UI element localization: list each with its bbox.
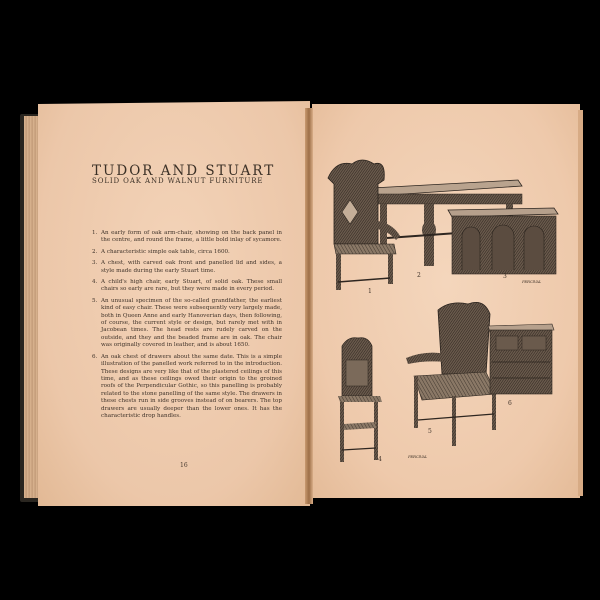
armchair-engraving (328, 160, 400, 290)
entry-text: A chest, with carved oak front and panel… (101, 260, 282, 275)
illustrator-signature: PERCIVAL (408, 454, 427, 459)
caption-entry: 4. A child's high chair, early Stuart, o… (92, 279, 282, 294)
entry-text: A characteristic simple oak table, circa… (101, 249, 282, 256)
figure-label-6: 6 (508, 400, 512, 407)
page-number: 16 (180, 462, 188, 469)
page-stack (24, 116, 40, 498)
caption-entry: 1. An early form of oak arm-chair, showi… (92, 230, 282, 245)
caption-entry: 3. A chest, with carved oak front and pa… (92, 260, 282, 275)
figure-label-2: 2 (417, 272, 421, 279)
entry-text: An early form of oak arm-chair, showing … (101, 230, 282, 245)
open-book: TUDOR AND STUART SOLID OAK AND WALNUT FU… (0, 0, 600, 600)
wing-chair-engraving (406, 302, 496, 446)
caption-entry: 6. An oak chest of drawers about the sam… (92, 354, 282, 421)
entry-number: 5. (92, 298, 101, 350)
entry-number: 4. (92, 279, 101, 294)
caption-entry: 5. An unusual specimen of the so-called … (92, 298, 282, 350)
figure-label-5: 5 (428, 428, 432, 435)
chest-engraving (448, 208, 558, 274)
caption-entry: 2. A characteristic simple oak table, ci… (92, 249, 282, 256)
figure-label-1: 1 (368, 288, 372, 295)
entry-number: 2. (92, 249, 101, 256)
entry-text: An unusual specimen of the so-called gra… (101, 298, 282, 350)
furniture-engravings (310, 150, 580, 470)
illustrator-signature: PERCIVAL (522, 279, 541, 284)
chest-of-drawers-engraving (488, 324, 554, 394)
entry-text: A child's high chair, early Stuart, of s… (101, 279, 282, 294)
entry-number: 1. (92, 230, 101, 245)
caption-list: 1. An early form of oak arm-chair, showi… (92, 230, 282, 424)
figure-label-3: 3 (503, 273, 507, 280)
high-chair-engraving (338, 338, 382, 462)
entry-number: 6. (92, 354, 101, 421)
figure-label-4: 4 (378, 456, 382, 463)
entry-number: 3. (92, 260, 101, 275)
chapter-subtitle: SOLID OAK AND WALNUT FURNITURE (92, 177, 263, 185)
entry-text: An oak chest of drawers about the same d… (101, 354, 282, 421)
